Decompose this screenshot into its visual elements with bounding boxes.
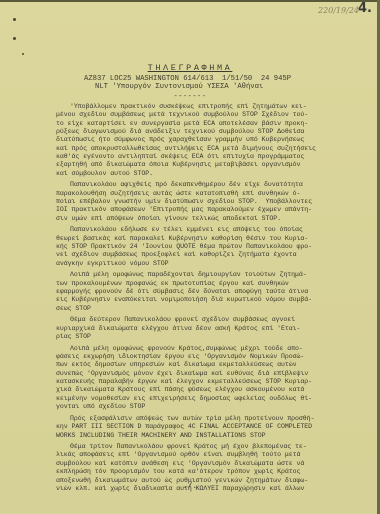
punch-hole-mark [13, 18, 16, 21]
body-paragraph: Λοιπά μέλη ομοφώνως φρονούν Κράτος,συμφώ… [56, 345, 342, 412]
body-line: ανάγκην εγκριτικού νόμου STOP [56, 260, 342, 268]
body-line: IOI πρακτικόν αποφάσεων 'Επιτροπής μας π… [56, 206, 342, 214]
body-line: θεωρεί βασικάς καί παρακαλεί Κυβέρνησιν … [56, 235, 342, 243]
body-line: συνεπώς 'Οργανισμός μόνον έχει δικαίωμα … [56, 370, 342, 378]
scan-top-edge [0, 0, 380, 2]
body-line: το είχε καταρτίσει εν συνεργασία μετά EC… [56, 120, 342, 128]
body-paragraph: Παπανικολάου αφιχθείς πρό δεκαπενθημέρου… [56, 181, 342, 223]
routing-line-2: NLT 'Υπουργόν Συντονισμού ΥΣΕΣΑ 'Αθήναι [95, 83, 263, 91]
body-line: 'Υποβάλλομεν πρακτικόν συσκέψεως επιτροπ… [56, 103, 342, 111]
body-line: καί πρός αποκρυσταλλωθείσας αντιλήψεις E… [56, 145, 342, 153]
body-line: Πρός εξασφάλισιν απόψεώς των αυτών τρία … [56, 415, 342, 423]
body-paragraph: 'Υποβάλλομεν πρακτικόν συσκέψεως επιτροπ… [56, 103, 342, 178]
body-line: κατασκευής παραλαβήν έργων καί έλεγχον ε… [56, 378, 342, 386]
page-number: 4. [358, 1, 372, 16]
handwritten-reference: 220/19/24 [318, 6, 359, 15]
body-line: Παπανικολάου αφιχθείς πρό δεκαπενθημέρου… [56, 181, 342, 189]
body-line: κειμένην νομοθεσίαν εις επιχειρήσεις δημ… [56, 395, 342, 403]
body-line: κής STOP Πρακτικόν 24 'Ιουνίου QUOTE θέμ… [56, 243, 342, 251]
body-line: γονται υπό σχεδίου STOP [56, 403, 342, 411]
body-line: εφαρμογής φρονούν δέ ότι σύμβασις δέν δύ… [56, 288, 342, 296]
body-line: εκπληρώση τόν προορισμόν του κατά κα'ότε… [56, 468, 342, 476]
body-line: φάσεις εκχωρήση ιδιοκτησίαν έργου εις 'Ο… [56, 353, 342, 361]
body-line: διατύπωσις ήτο σύμφωνος πρός χαραχθείσαν… [56, 136, 342, 144]
body-line: Λοιπά μέλη ομοφώνως φρονούν Κράτος,συμφώ… [56, 345, 342, 353]
body-paragraph: Πρός εξασφάλισιν απόψεώς των αυτών τρία … [56, 415, 342, 440]
body-line: ποίαι επέβαλον γνωστήν υμίν διατύπωσιν σ… [56, 198, 342, 206]
body-line: εξαρτηθή από δικαιώματα όποια Κυβέρνησις… [56, 161, 342, 169]
punch-hole-mark [13, 37, 16, 40]
body-line: WORKS INCLUDING THEIR MACHINERY AND INST… [56, 432, 342, 440]
body-line: σεως STOP [56, 305, 342, 313]
punch-hole-mark [22, 53, 24, 55]
body-line: πων εκτός δημοσίων υπηρεσιών καί δικαίωμ… [56, 361, 342, 369]
body-line: Θέμα δεύτερον Παπανικολάου φρονεί σχέδιο… [56, 316, 342, 324]
body-line: καθ'άς εγένοντο αντιληπταί σκέψεις ECA ό… [56, 153, 342, 161]
telegram-body: 'Υποβάλλομεν πρακτικόν συσκέψεως επιτροπ… [56, 103, 342, 497]
separator: ------- [0, 93, 380, 101]
continuation-mark: ./. [0, 482, 380, 491]
body-line: λικάς αποφάσεις επί 'Οργανισμού ορθόν εί… [56, 451, 342, 459]
body-paragraph: Παπανικολάου εδήλωσε εν τέλει εμμένει ει… [56, 226, 342, 268]
body-line: ρίας STOP [56, 333, 342, 341]
routing-line-1: AZ837 LOC25 WASHINGTON 614/613 1/51/50 2… [84, 75, 291, 83]
body-line: Λοιπά μέλη ομοφώνως παραδέχονται δημιουρ… [56, 271, 342, 279]
body-paragraph: Λοιπά μέλη ομοφώνως παραδέχονται δημιουρ… [56, 271, 342, 313]
body-line: ρύξεως διαγωνισμού διά ανάδειξιν τεχνικο… [56, 128, 342, 136]
document-title: ΤΗΛΕΓΡΑΦΗΜΑ [0, 63, 380, 73]
body-line: των προκαλουμένων προφανώς εκ πρωτοτυπία… [56, 280, 342, 288]
telegram-page: 220/19/24 4. ΤΗΛΕΓΡΑΦΗΜΑ AZ837 LOC25 WAS… [0, 0, 380, 514]
body-line: Θέμα τρίτον Παπανικολάου φρονεί Κράτος μ… [56, 443, 342, 451]
body-line: κυριαρχικά δικαιώματα ελέγχου άτινα δέον… [56, 325, 342, 333]
body-line: Παπανικολάου εδήλωσε εν τέλει εμμένει ει… [56, 226, 342, 234]
body-line: χικά δικαιώματα Κράτους επί πάσης φύσεως… [56, 386, 342, 394]
body-paragraph: Θέμα δεύτερον Παπανικολάου φρονεί σχέδιο… [56, 316, 342, 341]
body-line: καί σύμβουλον αυτού STOP. [56, 170, 342, 178]
body-line: κην PART III SECTION D παράγραφος 4C FIN… [56, 423, 342, 431]
body-line: μένου σχεδίου συμβάσεως μετά τεχνικού συ… [56, 111, 342, 119]
body-line: σιν υμών επί απόψεων όποίαι γίνουν τελικ… [56, 215, 342, 223]
body-line: εις Κυβέρνησιν εναπόκειται νομιμοποιήση … [56, 296, 342, 304]
body-line: νεί σχέδιον συμβάσεως προεξοφλεί καί καθ… [56, 251, 342, 259]
body-line: συμβούλου καί κατόπιν ανάθεση εις 'Οργαν… [56, 460, 342, 468]
body-line: παρακολουθήση συζητήσεις αυτάς ώστε κατα… [56, 190, 342, 198]
